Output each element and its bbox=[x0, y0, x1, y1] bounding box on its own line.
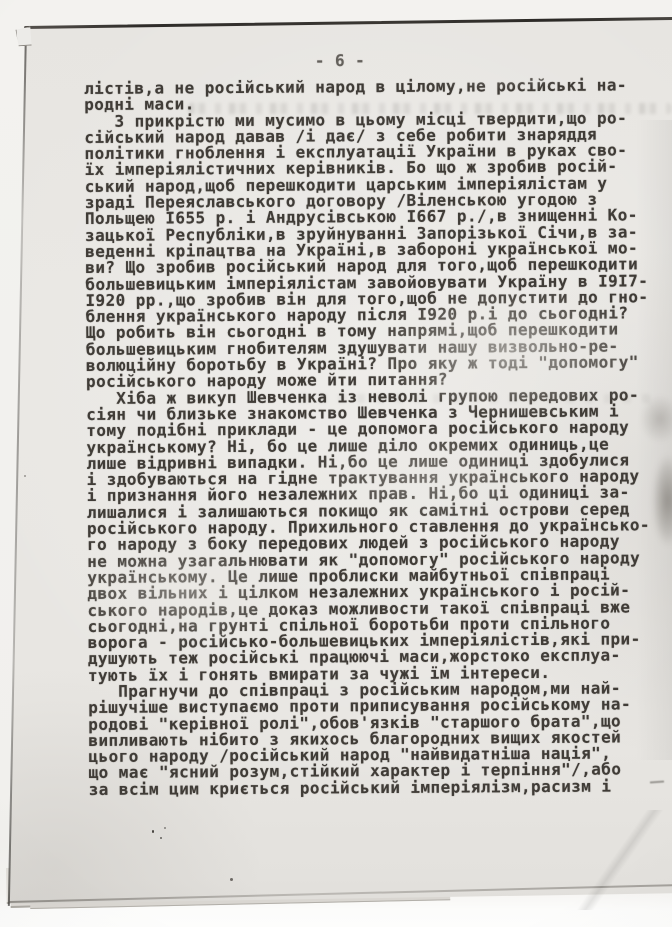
dust-speck bbox=[230, 878, 233, 881]
dust-speck bbox=[164, 827, 166, 829]
dust-speck bbox=[160, 837, 162, 839]
scanned-page-background: - 6 - лістів,а не російський народ в ціл… bbox=[0, 0, 672, 927]
paper-crease bbox=[636, 120, 672, 760]
dust-speck bbox=[152, 830, 154, 833]
dust-speck bbox=[24, 475, 26, 477]
corner-fold bbox=[15, 26, 31, 46]
page-number: - 6 - bbox=[84, 51, 596, 70]
paper-crease bbox=[545, 810, 672, 910]
typewritten-text-block: лістів,а не російський народ в цілому,не… bbox=[84, 77, 652, 798]
text-line: за всім цим криється російський імперіял… bbox=[89, 778, 652, 798]
